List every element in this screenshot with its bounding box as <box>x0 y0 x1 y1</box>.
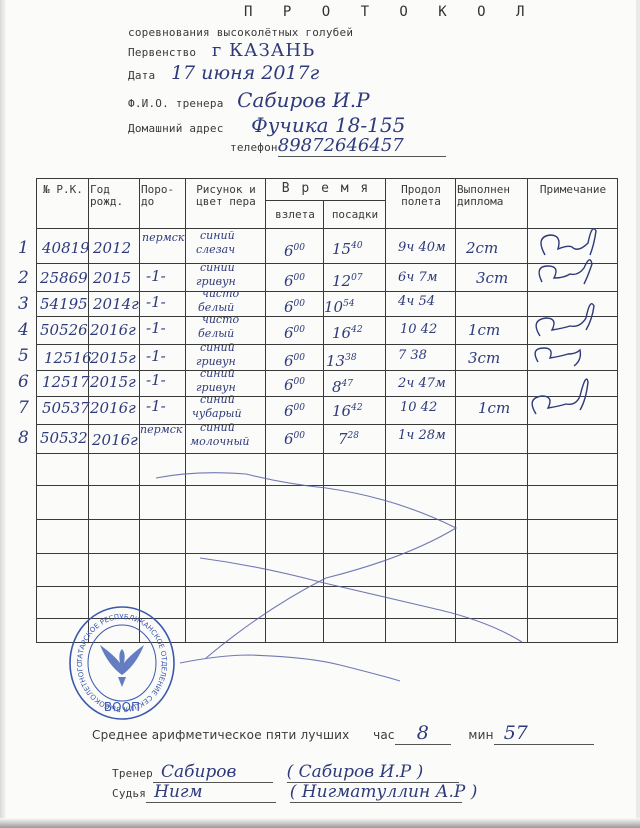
trainer-sign-line: ТренерСабиров ( Сабиров И.Р ) <box>112 762 459 783</box>
organization-stamp: ТАТАРСКОЕ РЕСПУБЛИКАНСКОЕ ОТДЕЛЕНИЕ СЕКЦ… <box>68 605 176 721</box>
stamp-center-text: ВООП <box>104 700 140 714</box>
judge-signature: Нигм <box>146 782 276 803</box>
hours-value: 8 <box>395 722 451 745</box>
minutes-label: мин <box>468 728 493 742</box>
minutes-value: 57 <box>494 722 594 745</box>
judge-sign-line: СудьяНигм ( Нигматуллин А.Р ) <box>112 782 462 803</box>
judge-full-name: ( Нигматуллин А.Р ) <box>290 782 462 803</box>
cross-out-lines <box>156 473 522 681</box>
dove-icon <box>100 645 144 687</box>
trainer-full-name: ( Сабиров И.Р ) <box>287 762 459 783</box>
judge-sign-label: Судья <box>112 787 146 800</box>
average-line: Среднее арифметическое пяти лучших час8 … <box>92 722 594 745</box>
svg-text:ТАТАРСКОЕ РЕСПУБЛИКАНСКОЕ ОТДЕ: ТАТАРСКОЕ РЕСПУБЛИКАНСКОЕ ОТДЕЛЕНИЕ СЕКЦ… <box>68 605 168 713</box>
average-label: Среднее арифметическое пяти лучших <box>92 728 349 742</box>
scan-edge <box>0 818 640 828</box>
trainer-sign-label: Тренер <box>112 767 153 780</box>
trainer-signature: Сабиров <box>153 762 273 783</box>
hours-label: час <box>373 728 395 742</box>
judge-signature-icon <box>532 229 596 414</box>
